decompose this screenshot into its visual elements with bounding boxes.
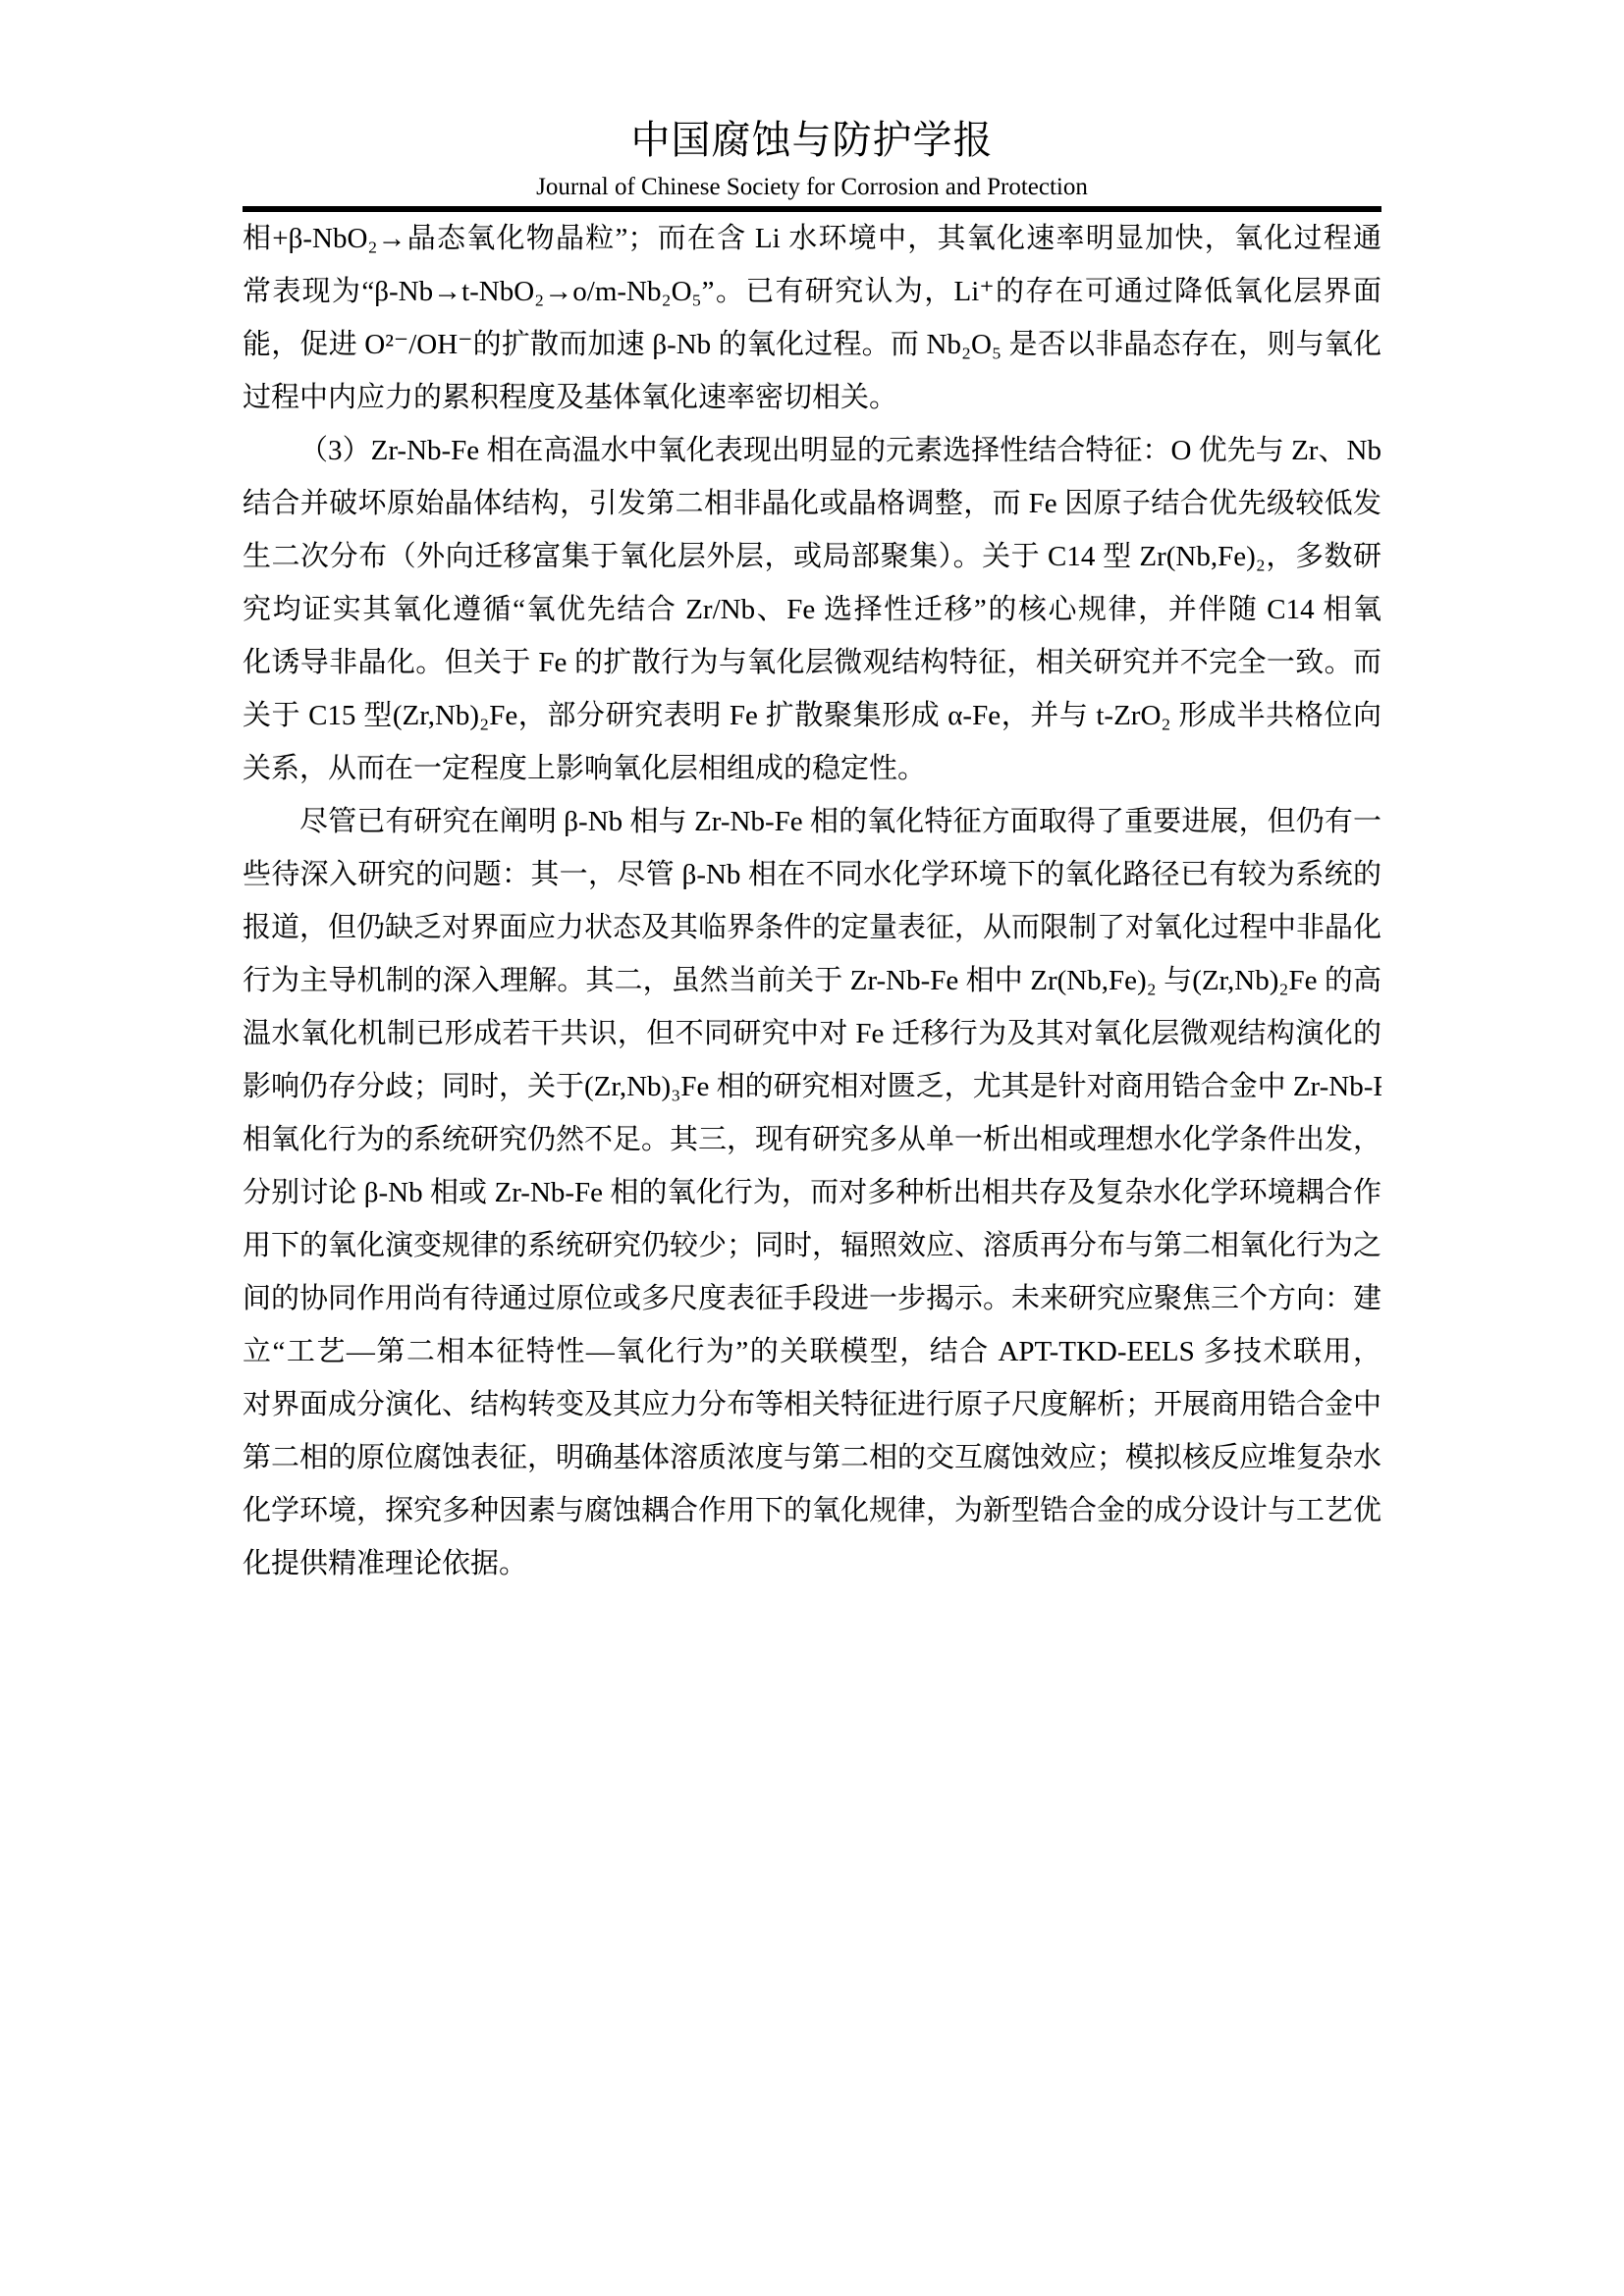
- text-line-p2-4: 究均证实其氧化遵循“氧优先结合 Zr/Nb、Fe 选择性迁移”的核心规律，并伴随…: [243, 583, 1381, 636]
- journal-title-en: Journal of Chinese Society for Corrosion…: [243, 173, 1381, 202]
- text-line-p3-11: 立“工艺—第二相本征特性—氧化行为”的关联模型，结合 APT-TKD-EELS …: [243, 1325, 1381, 1378]
- text-line-p3-14: 化学环境，探究多种因素与腐蚀耦合作用下的氧化规律，为新型锆合金的成分设计与工艺优: [243, 1484, 1381, 1537]
- text-line-p1-3: 能，促进 O²⁻/OH⁻的扩散而加速 β-Nb 的氧化过程。而 Nb₂O₅ 是否…: [243, 318, 1381, 371]
- paragraph-2: （3）Zr-Nb-Fe 相在高温水中氧化表现出明显的元素选择性结合特征：O 优先…: [243, 424, 1381, 795]
- text-line-p3-1: 尽管已有研究在阐明 β-Nb 相与 Zr-Nb-Fe 相的氧化特征方面取得了重要…: [243, 795, 1381, 848]
- text-line-p2-7: 关系，从而在一定程度上影响氧化层相组成的稳定性。: [243, 742, 1381, 795]
- article-text-block: 相+β-NbO₂→晶态氧化物晶粒”；而在含 Li 水环境中，其氧化速率明显加快，…: [243, 212, 1381, 1590]
- text-line-p2-1: （3）Zr-Nb-Fe 相在高温水中氧化表现出明显的元素选择性结合特征：O 优先…: [243, 424, 1381, 477]
- text-line-p3-2: 些待深入研究的问题：其一，尽管 β-Nb 相在不同水化学环境下的氧化路径已有较为…: [243, 848, 1381, 901]
- text-line-p1-4: 过程中内应力的累积程度及基体氧化速率密切相关。: [243, 371, 1381, 424]
- paragraph-1: 相+β-NbO₂→晶态氧化物晶粒”；而在含 Li 水环境中，其氧化速率明显加快，…: [243, 212, 1381, 424]
- text-line-p2-6: 关于 C15 型(Zr,Nb)₂Fe，部分研究表明 Fe 扩散聚集形成 α-Fe…: [243, 689, 1381, 742]
- document-page: 中国腐蚀与防护学报 Journal of Chinese Society for…: [0, 0, 1624, 2296]
- text-line-p3-6: 影响仍存分歧；同时，关于(Zr,Nb)₃Fe 相的研究相对匮乏，尤其是针对商用锆…: [243, 1060, 1381, 1113]
- text-line-p1-2: 常表现为“β-Nb→t-NbO₂→o/m-Nb₂O₅”。已有研究认为，Li⁺的存…: [243, 265, 1381, 318]
- text-line-p3-8: 分别讨论 β-Nb 相或 Zr-Nb-Fe 相的氧化行为，而对多种析出相共存及复…: [243, 1166, 1381, 1219]
- text-line-p3-12: 对界面成分演化、结构转变及其应力分布等相关特征进行原子尺度解析；开展商用锆合金中: [243, 1378, 1381, 1431]
- page-header: 中国腐蚀与防护学报 Journal of Chinese Society for…: [243, 0, 1381, 212]
- paragraph-3: 尽管已有研究在阐明 β-Nb 相与 Zr-Nb-Fe 相的氧化特征方面取得了重要…: [243, 795, 1381, 1590]
- text-line-p2-2: 结合并破坏原始晶体结构，引发第二相非晶化或晶格调整，而 Fe 因原子结合优先级较…: [243, 477, 1381, 530]
- text-line-p3-10: 间的协同作用尚有待通过原位或多尺度表征手段进一步揭示。未来研究应聚焦三个方向：建: [243, 1272, 1381, 1325]
- text-line-p3-3: 报道，但仍缺乏对界面应力状态及其临界条件的定量表征，从而限制了对氧化过程中非晶化: [243, 901, 1381, 954]
- text-line-p3-15: 化提供精准理论依据。: [243, 1537, 1381, 1590]
- journal-title-zh: 中国腐蚀与防护学报: [243, 0, 1381, 161]
- page-content: 中国腐蚀与防护学报 Journal of Chinese Society for…: [243, 0, 1381, 1590]
- text-line-p1-1: 相+β-NbO₂→晶态氧化物晶粒”；而在含 Li 水环境中，其氧化速率明显加快，…: [243, 212, 1381, 265]
- text-line-p3-13: 第二相的原位腐蚀表征，明确基体溶质浓度与第二相的交互腐蚀效应；模拟核反应堆复杂水: [243, 1431, 1381, 1484]
- text-line-p2-3: 生二次分布（外向迁移富集于氧化层外层，或局部聚集）。关于 C14 型 Zr(Nb…: [243, 530, 1381, 583]
- text-line-p3-9: 用下的氧化演变规律的系统研究仍较少；同时，辐照效应、溶质再分布与第二相氧化行为之: [243, 1219, 1381, 1272]
- text-line-p3-5: 温水氧化机制已形成若干共识，但不同研究中对 Fe 迁移行为及其对氧化层微观结构演…: [243, 1007, 1381, 1060]
- text-line-p3-4: 行为主导机制的深入理解。其二，虽然当前关于 Zr-Nb-Fe 相中 Zr(Nb,…: [243, 954, 1381, 1007]
- text-line-p3-7: 相氧化行为的系统研究仍然不足。其三，现有研究多从单一析出相或理想水化学条件出发，: [243, 1113, 1381, 1166]
- text-line-p2-5: 化诱导非晶化。但关于 Fe 的扩散行为与氧化层微观结构特征，相关研究并不完全一致…: [243, 636, 1381, 689]
